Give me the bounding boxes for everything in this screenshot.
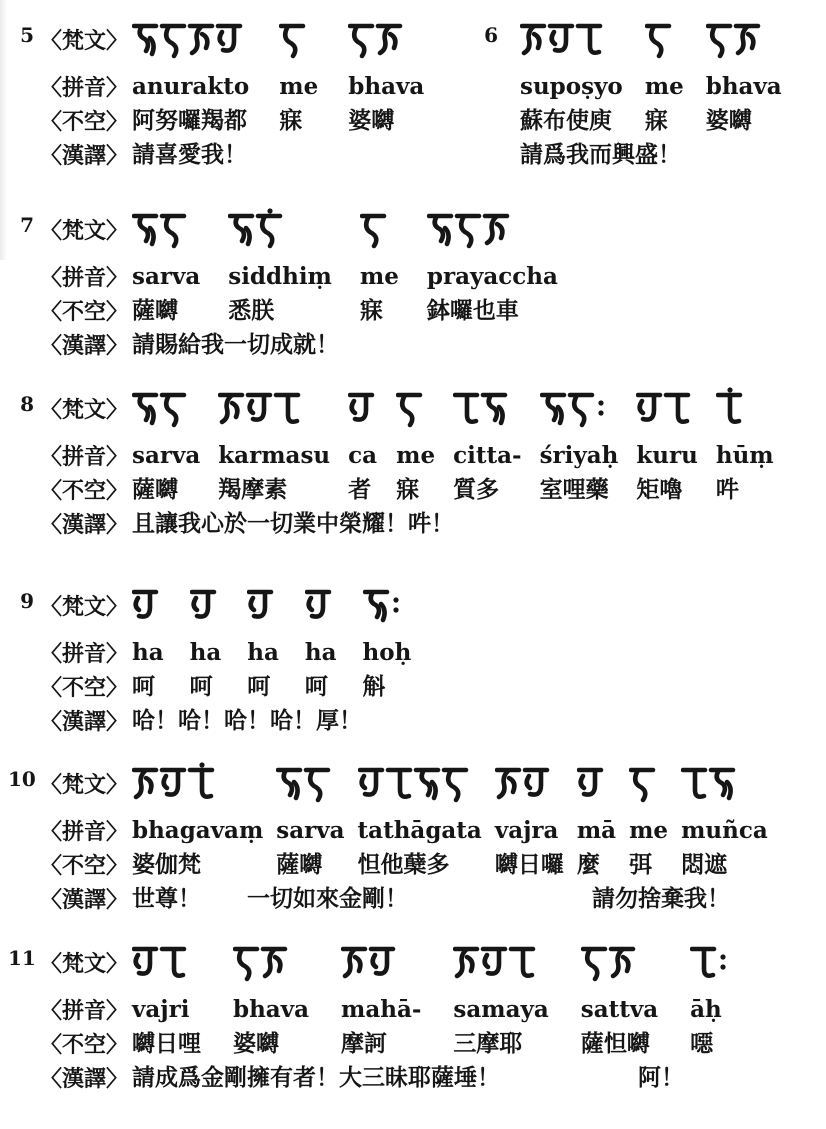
sanskrit-row-cell — [358, 752, 472, 814]
section-number: 9 — [8, 574, 40, 613]
sanskrit-row-cell — [495, 752, 553, 814]
pinyin-word: me — [645, 70, 684, 103]
siddham-script-word — [540, 386, 608, 430]
siddham-script-word — [358, 761, 472, 805]
word-columns: supoṣyo蘇布使庾me寐bhava婆嚩 — [520, 8, 782, 138]
sanskrit-row-cell — [363, 574, 403, 636]
sanskrit-row-cell — [629, 752, 659, 814]
word-column: bhava婆嚩 — [348, 8, 424, 138]
siddham-script-word — [427, 207, 513, 251]
bukong-word: 薩嚩 — [132, 472, 178, 507]
siddham-script-word — [132, 583, 162, 627]
sanskrit-row-cell — [716, 377, 746, 439]
siddham-script-word — [577, 761, 607, 805]
scanned-sutra-page: 5〈梵文〉〈拼音〉〈不空〉〈漢譯〉anurakto阿努囉羯都me寐bhava婆嚩… — [0, 0, 826, 1129]
word-column: supoṣyo蘇布使庾 — [520, 8, 623, 138]
bukong-word: 婆嚩 — [233, 1026, 279, 1061]
sanskrit-row-cell — [453, 377, 511, 439]
siddham-script-word — [629, 761, 659, 805]
pinyin-word: me — [360, 260, 399, 293]
bukong-word: 者 — [348, 472, 371, 507]
pinyin-word: muñca — [681, 814, 768, 847]
bukong-word: 羯摩素 — [218, 472, 287, 507]
pinyin-word: prayaccha — [427, 260, 558, 293]
word-column: tathāgata怛他蘖多 — [358, 752, 482, 882]
pinyin-word: hūṃ — [716, 439, 774, 472]
siddham-script-word — [363, 583, 403, 627]
pinyin-word: me — [279, 70, 318, 103]
row-label-hanyi: 〈漢譯〉 — [40, 704, 132, 737]
section-number: 5 — [8, 8, 40, 47]
word-column: śriyaḥ室哩藥 — [540, 377, 619, 507]
row-label-hanyi: 〈漢譯〉 — [40, 507, 132, 540]
word-column: kuru矩嚕 — [636, 377, 698, 507]
row-label-pinyin: 〈拼音〉 — [40, 993, 132, 1026]
bukong-word: 吽 — [716, 472, 739, 507]
row-labels-column: 〈梵文〉〈拼音〉〈不空〉〈漢譯〉 — [40, 574, 132, 737]
sanskrit-row-cell — [132, 752, 218, 814]
row-labels-column: 〈梵文〉〈拼音〉〈不空〉〈漢譯〉 — [40, 8, 132, 171]
sanskrit-row-cell — [132, 574, 162, 636]
row-label-sanskrit: 〈梵文〉 — [40, 8, 132, 70]
sanskrit-row-cell — [540, 377, 608, 439]
pinyin-word: āḥ — [690, 993, 722, 1026]
siddham-script-word — [218, 386, 304, 430]
word-column: bhava婆嚩 — [233, 931, 309, 1061]
sanskrit-row-cell — [190, 574, 220, 636]
word-columns: ha呵ha呵ha呵ha呵hoḥ斛 — [132, 574, 411, 704]
sanskrit-row-cell — [247, 574, 277, 636]
sanskrit-row-cell — [453, 931, 539, 993]
siddham-script-word — [453, 386, 511, 430]
hanyi-translation: 且讓我心於一切業中榮耀！吽！ — [132, 507, 774, 540]
bukong-word: 質多 — [453, 472, 499, 507]
siddham-script-word — [360, 207, 390, 251]
siddham-script-word — [636, 386, 694, 430]
word-column: anurakto阿努囉羯都 — [132, 8, 249, 138]
row-label-pinyin: 〈拼音〉 — [40, 70, 132, 103]
word-column: bhagavaṃ婆伽梵 — [132, 752, 263, 882]
sanskrit-row-cell — [636, 377, 694, 439]
word-columns: sarva薩嚩siddhiṃ悉朕me寐prayaccha鉢囉也車 — [132, 198, 558, 328]
row-label-pinyin: 〈拼音〉 — [40, 636, 132, 669]
siddham-script-word — [190, 583, 220, 627]
hanyi-translation: 請喜愛我！ — [132, 138, 424, 171]
word-column: ha呵 — [190, 574, 222, 704]
row-label-sanskrit: 〈梵文〉 — [40, 931, 132, 993]
pinyin-word: bhava — [706, 70, 782, 103]
word-columns: sarva薩嚩karmasu羯摩素ca者me寐citta-質多śriyaḥ室哩藥… — [132, 377, 774, 507]
pinyin-word: sattva — [581, 993, 658, 1026]
word-column: ca者 — [348, 377, 378, 507]
row-label-bukong: 〈不空〉 — [40, 847, 132, 882]
bukong-word: 弭 — [629, 847, 652, 882]
word-column: āḥ噁 — [690, 931, 730, 1061]
siddham-script-word — [132, 940, 190, 984]
hanyi-translation: 請賜給我一切成就！ — [132, 328, 558, 361]
bukong-word: 嚩日囉 — [495, 847, 564, 882]
bukong-word: 寐 — [279, 103, 302, 138]
word-column: samaya三摩耶 — [453, 931, 548, 1061]
bukong-word: 怛他蘖多 — [358, 847, 450, 882]
word-column: mahā-摩訶 — [341, 931, 421, 1061]
word-column: mā麼 — [577, 752, 616, 882]
bukong-word: 寐 — [360, 293, 383, 328]
word-column: me寐 — [396, 377, 435, 507]
word-column: bhava婆嚩 — [706, 8, 782, 138]
row-labels-column: 〈梵文〉〈拼音〉〈不空〉〈漢譯〉 — [40, 752, 132, 915]
bukong-word: 呵 — [305, 669, 328, 704]
row-label-sanskrit: 〈梵文〉 — [40, 377, 132, 439]
siddham-script-word — [132, 386, 190, 430]
mantra-section-6: 6supoṣyo蘇布使庾me寐bhava婆嚩請爲我而興盛！ — [472, 8, 782, 171]
row-label-bukong: 〈不空〉 — [40, 669, 132, 704]
row-label-bukong: 〈不空〉 — [40, 293, 132, 328]
pinyin-word: sarva — [276, 814, 344, 847]
pinyin-word: karmasu — [218, 439, 330, 472]
word-column: ha呵 — [132, 574, 164, 704]
siddham-script-word — [716, 386, 746, 430]
word-column: hoḥ斛 — [363, 574, 412, 704]
bukong-word: 婆嚩 — [706, 103, 752, 138]
pinyin-word: supoṣyo — [520, 70, 623, 103]
siddham-script-word — [453, 940, 539, 984]
sanskrit-row-cell — [348, 377, 378, 439]
sanskrit-row-cell — [132, 8, 246, 70]
siddham-script-word — [228, 207, 286, 251]
siddham-script-word — [233, 940, 291, 984]
bukong-word: 室哩藥 — [540, 472, 609, 507]
mantra-section-7: 7〈梵文〉〈拼音〉〈不空〉〈漢譯〉sarva薩嚩siddhiṃ悉朕me寐pray… — [8, 198, 558, 361]
word-columns: vajri嚩日哩bhava婆嚩mahā-摩訶samaya三摩耶sattva薩怛嚩… — [132, 931, 730, 1061]
siddham-script-word — [645, 17, 675, 61]
siddham-script-word — [348, 386, 378, 430]
hanyi-translation: 請爲我而興盛！ — [520, 138, 782, 171]
pinyin-word: mā — [577, 814, 616, 847]
bukong-word: 婆伽梵 — [132, 847, 201, 882]
bukong-word: 寐 — [396, 472, 419, 507]
pinyin-word: samaya — [453, 993, 548, 1026]
sanskrit-row-cell — [233, 931, 291, 993]
pinyin-word: ha — [190, 636, 222, 669]
pinyin-word: me — [396, 439, 435, 472]
bukong-word: 薩嚩 — [276, 847, 322, 882]
row-label-hanyi: 〈漢譯〉 — [40, 328, 132, 361]
row-label-hanyi: 〈漢譯〉 — [40, 882, 132, 915]
pinyin-word: bhava — [233, 993, 309, 1026]
row-label-sanskrit: 〈梵文〉 — [40, 574, 132, 636]
row-label-bukong: 〈不空〉 — [40, 1026, 132, 1061]
row-labels-column: 〈梵文〉〈拼音〉〈不空〉〈漢譯〉 — [40, 198, 132, 361]
bukong-word: 寐 — [645, 103, 668, 138]
word-column: sarva薩嚩 — [132, 377, 200, 507]
mantra-section-5: 5〈梵文〉〈拼音〉〈不空〉〈漢譯〉anurakto阿努囉羯都me寐bhava婆嚩… — [8, 8, 424, 171]
row-labels-column: 〈梵文〉〈拼音〉〈不空〉〈漢譯〉 — [40, 931, 132, 1094]
word-column: sarva薩嚩 — [132, 198, 200, 328]
siddham-script-word — [132, 207, 190, 251]
word-column: hūṃ吽 — [716, 377, 774, 507]
sanskrit-row-cell — [132, 377, 190, 439]
pinyin-word: me — [629, 814, 668, 847]
siddham-script-word — [520, 17, 606, 61]
word-column: ha呵 — [305, 574, 337, 704]
word-column: citta-質多 — [453, 377, 521, 507]
siddham-script-word — [396, 386, 426, 430]
siddham-script-word — [305, 583, 335, 627]
sanskrit-row-cell — [427, 198, 513, 260]
section-number: 8 — [8, 377, 40, 416]
siddham-script-word — [581, 940, 639, 984]
section-content: anurakto阿努囉羯都me寐bhava婆嚩請喜愛我！ — [132, 8, 424, 171]
sanskrit-row-cell — [690, 931, 730, 993]
pinyin-word: bhava — [348, 70, 424, 103]
sanskrit-row-cell — [396, 377, 426, 439]
pinyin-word: vajra — [495, 814, 559, 847]
siddham-script-word — [247, 583, 277, 627]
bukong-word: 三摩耶 — [453, 1026, 522, 1061]
bukong-word: 麼 — [577, 847, 600, 882]
row-label-sanskrit: 〈梵文〉 — [40, 752, 132, 814]
sanskrit-row-cell — [360, 198, 390, 260]
pinyin-word: bhagavaṃ — [132, 814, 263, 847]
hanyi-translation: 哈！哈！哈！哈！厚！ — [132, 704, 411, 737]
bukong-word: 呵 — [132, 669, 155, 704]
pinyin-word: siddhiṃ — [228, 260, 332, 293]
row-labels-column: 〈梵文〉〈拼音〉〈不空〉〈漢譯〉 — [40, 377, 132, 540]
word-column: sarva薩嚩 — [276, 752, 344, 882]
pinyin-word: ha — [247, 636, 279, 669]
bukong-word: 呵 — [190, 669, 213, 704]
siddham-script-word — [276, 761, 334, 805]
row-label-bukong: 〈不空〉 — [40, 103, 132, 138]
siddham-script-word — [681, 761, 739, 805]
bukong-word: 薩嚩 — [132, 293, 178, 328]
bukong-word: 蘇布使庾 — [520, 103, 612, 138]
section-content: vajri嚩日哩bhava婆嚩mahā-摩訶samaya三摩耶sattva薩怛嚩… — [132, 931, 730, 1094]
bukong-word: 悶遮 — [681, 847, 727, 882]
word-column: siddhiṃ悉朕 — [228, 198, 332, 328]
pinyin-word: ha — [132, 636, 164, 669]
hanyi-translation: 世尊！ 一切如來金剛！ 請勿捨棄我！ — [132, 882, 768, 915]
row-label-hanyi: 〈漢譯〉 — [40, 138, 132, 171]
sanskrit-row-cell — [276, 752, 334, 814]
sanskrit-row-cell — [132, 198, 190, 260]
siddham-script-word — [706, 17, 764, 61]
section-content: bhagavaṃ婆伽梵sarva薩嚩tathāgata怛他蘖多vajra嚩日囉m… — [132, 752, 768, 915]
word-column: ha呵 — [247, 574, 279, 704]
word-column: me寐 — [645, 8, 684, 138]
bukong-word: 噁 — [690, 1026, 713, 1061]
bukong-word: 悉朕 — [228, 293, 274, 328]
row-label-hanyi: 〈漢譯〉 — [40, 1061, 132, 1094]
bukong-word: 嚩日哩 — [132, 1026, 201, 1061]
row-label-pinyin: 〈拼音〉 — [40, 814, 132, 847]
pinyin-word: anurakto — [132, 70, 249, 103]
word-columns: anurakto阿努囉羯都me寐bhava婆嚩 — [132, 8, 424, 138]
pinyin-word: hoḥ — [363, 636, 412, 669]
sanskrit-row-cell — [228, 198, 286, 260]
section-content: sarva薩嚩siddhiṃ悉朕me寐prayaccha鉢囉也車請賜給我一切成就… — [132, 198, 558, 361]
section-content: sarva薩嚩karmasu羯摩素ca者me寐citta-質多śriyaḥ室哩藥… — [132, 377, 774, 540]
section-number: 11 — [8, 931, 40, 970]
bukong-word: 矩嚕 — [636, 472, 682, 507]
row-label-pinyin: 〈拼音〉 — [40, 439, 132, 472]
pinyin-word: sarva — [132, 260, 200, 293]
pinyin-word: tathāgata — [358, 814, 482, 847]
mantra-section-9: 9〈梵文〉〈拼音〉〈不空〉〈漢譯〉ha呵ha呵ha呵ha呵hoḥ斛哈！哈！哈！哈… — [8, 574, 411, 737]
pinyin-word: sarva — [132, 439, 200, 472]
mantra-section-11: 11〈梵文〉〈拼音〉〈不空〉〈漢譯〉vajri嚩日哩bhava婆嚩mahā-摩訶… — [8, 931, 730, 1094]
row-label-bukong: 〈不空〉 — [40, 472, 132, 507]
mantra-section-8: 8〈梵文〉〈拼音〉〈不空〉〈漢譯〉sarva薩嚩karmasu羯摩素ca者me寐… — [8, 377, 774, 540]
pinyin-word: citta- — [453, 439, 521, 472]
row-label-pinyin: 〈拼音〉 — [40, 260, 132, 293]
sanskrit-row-cell — [348, 8, 406, 70]
siddham-script-word — [132, 17, 246, 61]
siddham-script-word — [495, 761, 553, 805]
pinyin-word: ca — [348, 439, 377, 472]
sanskrit-row-cell — [279, 8, 309, 70]
word-column: karmasu羯摩素 — [218, 377, 330, 507]
pinyin-word: śriyaḥ — [540, 439, 619, 472]
word-columns: bhagavaṃ婆伽梵sarva薩嚩tathāgata怛他蘖多vajra嚩日囉m… — [132, 752, 768, 882]
pinyin-word: mahā- — [341, 993, 421, 1026]
word-column: me弭 — [629, 752, 668, 882]
word-column: vajra嚩日囉 — [495, 752, 564, 882]
section-number: 7 — [8, 198, 40, 237]
siddham-script-word — [279, 17, 309, 61]
sanskrit-row-cell — [132, 931, 190, 993]
section-number: 10 — [8, 752, 40, 791]
bukong-word: 阿努囉羯都 — [132, 103, 247, 138]
word-column: muñca悶遮 — [681, 752, 768, 882]
bukong-word: 呵 — [247, 669, 270, 704]
siddham-script-word — [341, 940, 399, 984]
word-column: prayaccha鉢囉也車 — [427, 198, 558, 328]
bukong-word: 鉢囉也車 — [427, 293, 519, 328]
siddham-script-word — [348, 17, 406, 61]
siddham-script-word — [690, 940, 730, 984]
section-content: supoṣyo蘇布使庾me寐bhava婆嚩請爲我而興盛！ — [520, 8, 782, 171]
bukong-word: 婆嚩 — [348, 103, 394, 138]
bukong-word: 摩訶 — [341, 1026, 387, 1061]
hanyi-translation: 請成爲金剛擁有者！大三昧耶薩埵！ 阿！ — [132, 1061, 730, 1094]
bukong-word: 斛 — [363, 669, 386, 704]
sanskrit-row-cell — [218, 377, 304, 439]
section-number: 6 — [472, 8, 504, 47]
mantra-section-10: 10〈梵文〉〈拼音〉〈不空〉〈漢譯〉bhagavaṃ婆伽梵sarva薩嚩tath… — [8, 752, 768, 915]
sanskrit-row-cell — [341, 931, 399, 993]
word-column: me寐 — [360, 198, 399, 328]
sanskrit-row-cell — [581, 931, 639, 993]
sanskrit-row-cell — [706, 8, 764, 70]
section-content: ha呵ha呵ha呵ha呵hoḥ斛哈！哈！哈！哈！厚！ — [132, 574, 411, 737]
word-column: me寐 — [279, 8, 318, 138]
pinyin-word: vajri — [132, 993, 189, 1026]
sanskrit-row-cell — [520, 8, 606, 70]
word-column: vajri嚩日哩 — [132, 931, 201, 1061]
pinyin-word: kuru — [636, 439, 698, 472]
word-column: sattva薩怛嚩 — [581, 931, 658, 1061]
sanskrit-row-cell — [681, 752, 739, 814]
sanskrit-row-cell — [645, 8, 675, 70]
row-label-sanskrit: 〈梵文〉 — [40, 198, 132, 260]
bukong-word: 薩怛嚩 — [581, 1026, 650, 1061]
sanskrit-row-cell — [305, 574, 335, 636]
siddham-script-word — [132, 761, 218, 805]
pinyin-word: ha — [305, 636, 337, 669]
sanskrit-row-cell — [577, 752, 607, 814]
